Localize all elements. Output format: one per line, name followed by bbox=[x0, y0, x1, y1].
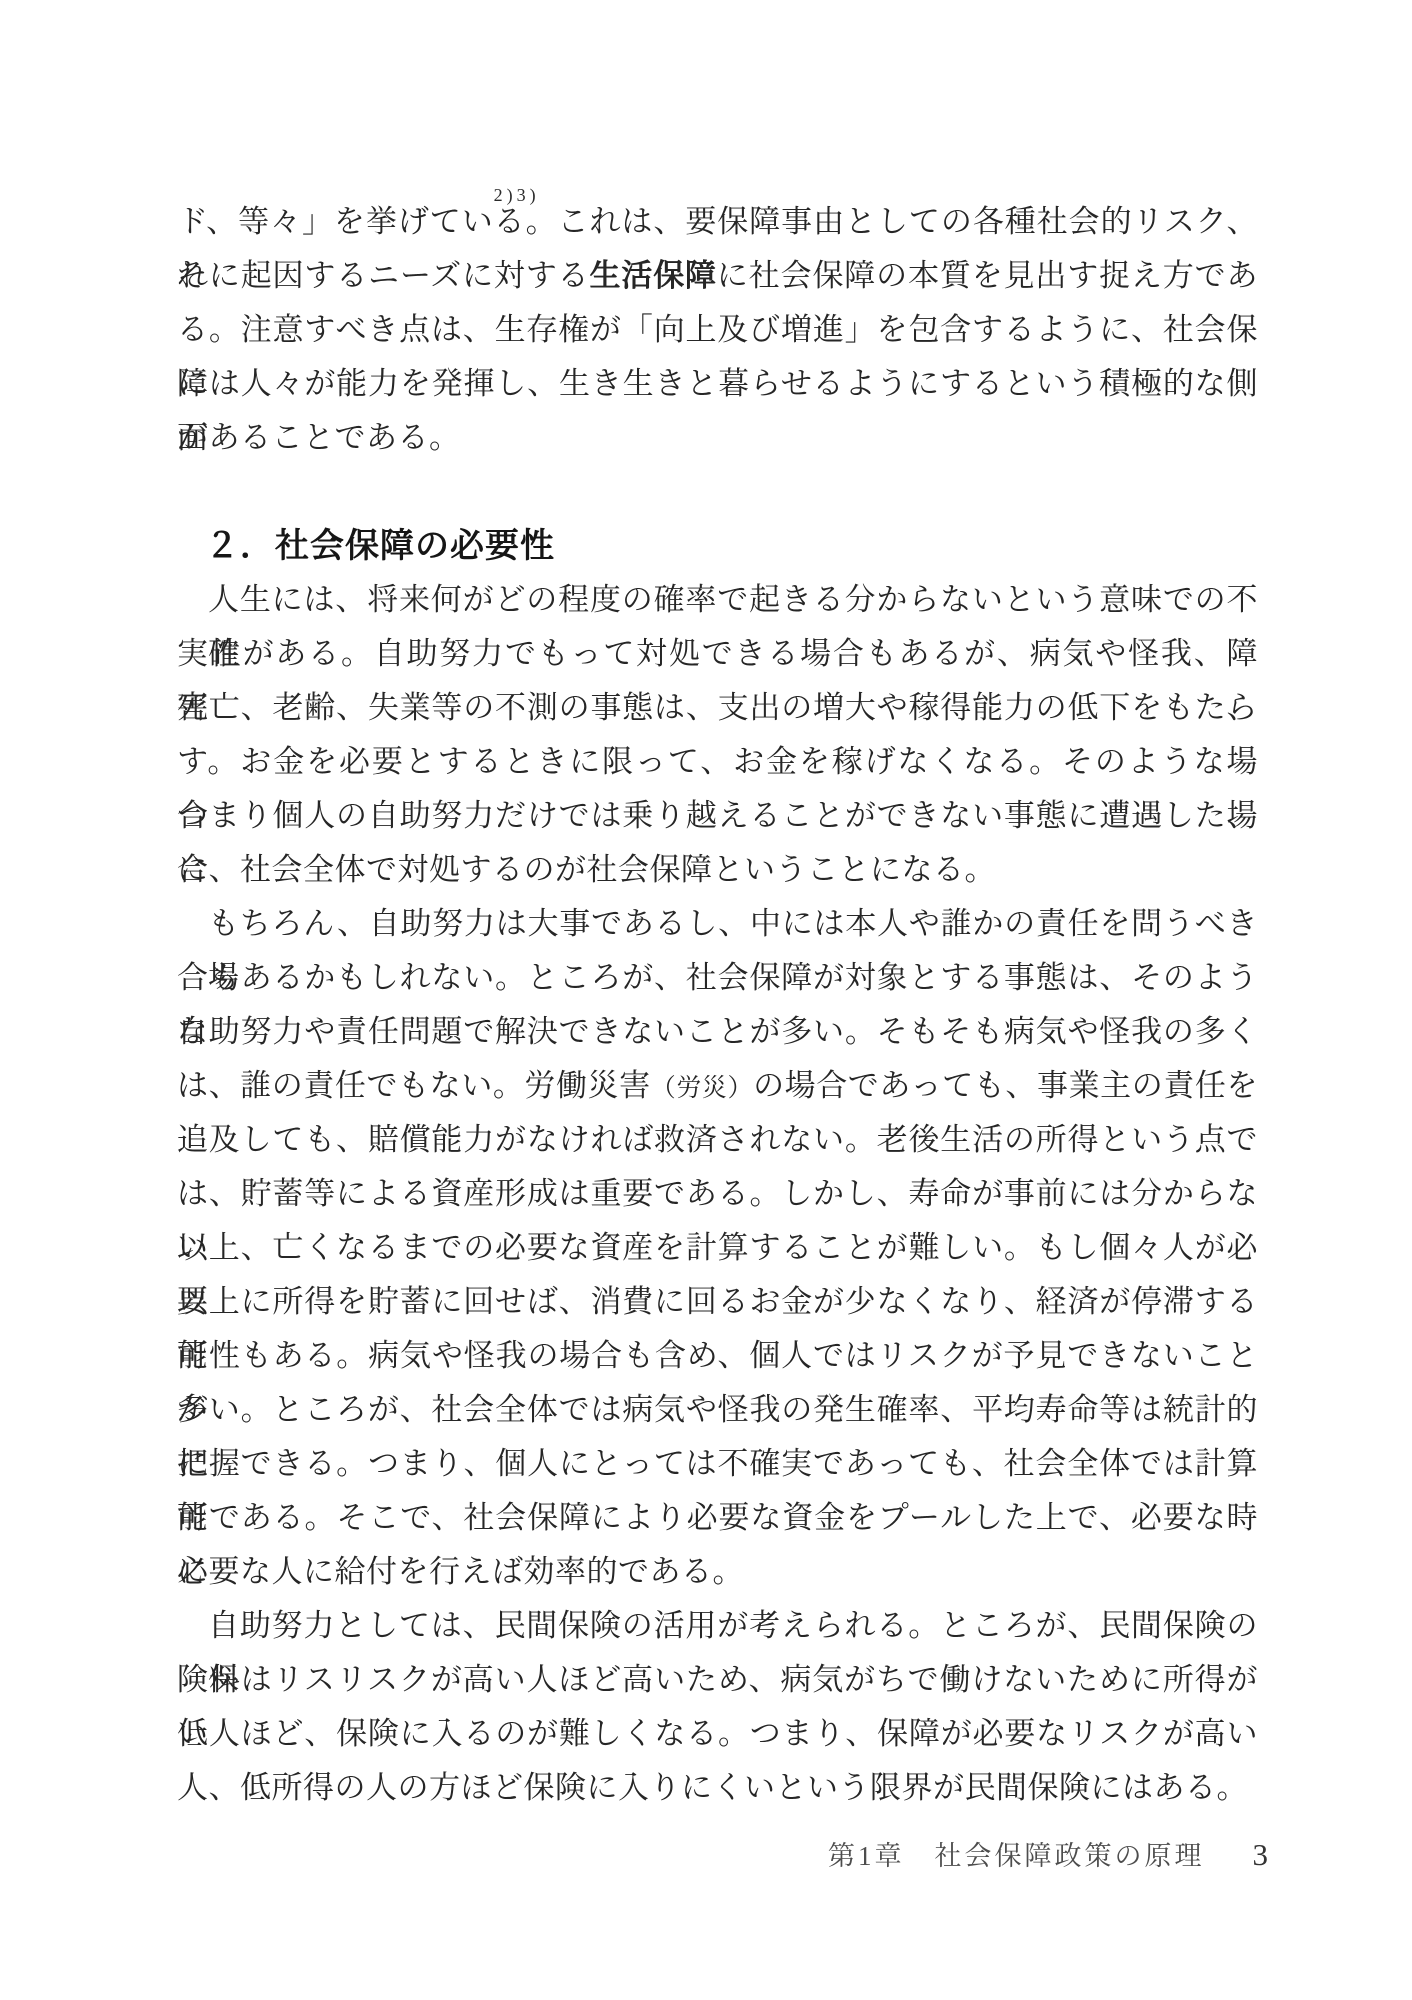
text-line: 合もあるかもしれない。ところが、社会保障が対象とする事態は、そのような bbox=[177, 951, 1258, 1005]
text-line: 以上に所得を貯蓄に回せば、消費に回るお金が少なくなり、経済が停滞する可 bbox=[177, 1275, 1258, 1329]
text-segment: 必要な人に給付を行えば効率的である。 bbox=[177, 1554, 744, 1589]
text-segment: 死亡、老齢、失業等の不測の事態は、支出の増大や稼得能力の低下をもたら bbox=[177, 690, 1258, 725]
text-line: す。お金を必要とするときに限って、お金を稼げなくなる。そのような場合、 bbox=[177, 735, 1258, 789]
text-line: つまり個人の自助努力だけでは乗り越えることができない事態に遭遇した場合 bbox=[177, 789, 1258, 843]
text-segment: 自助努力や責任問題で解決できないことが多い。そもそも病気や怪我の多く bbox=[177, 1014, 1258, 1049]
text-segment: ド、等々」を挙げてい bbox=[177, 204, 494, 239]
paragraph-4: 自助努力としては、民間保険の活用が考えられる。ところが、民間保険の保険料はリスリ… bbox=[177, 1599, 1258, 1815]
text-line: 自助努力としては、民間保険の活用が考えられる。ところが、民間保険の保 bbox=[177, 1599, 1258, 1653]
page-number: 3 bbox=[1253, 1837, 1269, 1873]
text-line: 能性もある。病気や怪我の場合も含め、個人ではリスクが予見できないことが bbox=[177, 1329, 1258, 1383]
text-segment: の場合であっても、事業主の責任を bbox=[753, 1068, 1258, 1103]
footnote-ref-numbers: 2)3) bbox=[494, 168, 540, 222]
text-line: 実性がある。自助努力でもって対処できる場合もあるが、病気や怪我、障害、 bbox=[177, 627, 1258, 681]
text-line: 死亡、老齢、失業等の不測の事態は、支出の増大や稼得能力の低下をもたら bbox=[177, 681, 1258, 735]
page-content: ド、等々」を挙げてい2)3)る。これは、要保障事由としての各種社会的リスク、そ … bbox=[177, 195, 1258, 1815]
text-line: 必要な人に給付を行えば効率的である。 bbox=[177, 1545, 1258, 1599]
text-line: 自助努力や責任問題で解決できないことが多い。そもそも病気や怪我の多く bbox=[177, 1005, 1258, 1059]
text-line: 追及しても、賠償能力がなければ救済されない。老後生活の所得という点で bbox=[177, 1113, 1258, 1167]
running-title: 第1章 社会保障政策の原理 bbox=[828, 1834, 1205, 1873]
page-footer: 第1章 社会保障政策の原理 3 bbox=[828, 1834, 1268, 1873]
text-line: は、誰の責任でもない。労働災害（労災）の場合であっても、事業主の責任を bbox=[177, 1059, 1258, 1113]
text-line: があることである。 bbox=[177, 411, 1258, 465]
annotation-text: （労災） bbox=[651, 1075, 753, 1102]
text-line: もちろん、自助努力は大事であるし、中には本人や誰かの責任を問うべき場 bbox=[177, 897, 1258, 951]
text-line: は、貯蓄等による資産形成は重要である。しかし、寿命が事前には分からない bbox=[177, 1167, 1258, 1221]
text-segment: 追及しても、賠償能力がなければ救済されない。老後生活の所得という点で bbox=[177, 1122, 1258, 1157]
text-line: 把握できる。つまり、個人にとっては不確実であっても、社会全体では計算可 bbox=[177, 1437, 1258, 1491]
text-line: 多い。ところが、社会全体では病気や怪我の発生確率、平均寿命等は統計的に bbox=[177, 1383, 1258, 1437]
text-line: 能である。そこで、社会保障により必要な資金をプールした上で、必要な時に bbox=[177, 1491, 1258, 1545]
text-segment: に、社会全体で対処するのが社会保障ということになる。 bbox=[177, 852, 996, 887]
section-heading: ２．社会保障の必要性 bbox=[205, 519, 1258, 573]
footnote-anchor: 2)3)る。 bbox=[494, 204, 558, 239]
text-line: れに起因するニーズに対する生活保障に社会保障の本質を見出す捉え方であ bbox=[177, 249, 1258, 303]
document-page: ド、等々」を挙げてい2)3)る。これは、要保障事由としての各種社会的リスク、そ … bbox=[0, 0, 1412, 2000]
text-line: い人ほど、保険に入るのが難しくなる。つまり、保障が必要なリスクが高い bbox=[177, 1707, 1258, 1761]
paragraph-3: もちろん、自助努力は大事であるし、中には本人や誰かの責任を問うべき場合もあるかも… bbox=[177, 897, 1258, 1599]
paragraph-1: ド、等々」を挙げてい2)3)る。これは、要保障事由としての各種社会的リスク、そ … bbox=[177, 195, 1258, 465]
text-line: 険料はリスリスクが高い人ほど高いため、病気がちで働けないために所得が低 bbox=[177, 1653, 1258, 1707]
text-line: に、社会全体で対処するのが社会保障ということになる。 bbox=[177, 843, 1258, 897]
text-segment: は、誰の責任でもない。労働災害 bbox=[177, 1068, 651, 1103]
text-line: 人生には、将来何がどの程度の確率で起きる分からないという意味での不確 bbox=[177, 573, 1258, 627]
text-segment: に社会保障の本質を見出す捉え方であ bbox=[717, 258, 1258, 293]
text-line: る。注意すべき点は、生存権が「向上及び増進」を包含するように、社会保障 bbox=[177, 303, 1258, 357]
text-line: 以上、亡くなるまでの必要な資産を計算することが難しい。もし個々人が必要 bbox=[177, 1221, 1258, 1275]
text-line: ド、等々」を挙げてい2)3)る。これは、要保障事由としての各種社会的リスク、そ bbox=[177, 195, 1258, 249]
emphasized-term: 生活保障 bbox=[590, 258, 717, 293]
text-line: には人々が能力を発揮し、生き生きと暮らせるようにするという積極的な側面 bbox=[177, 357, 1258, 411]
text-segment: れに起因するニーズに対する bbox=[177, 258, 590, 293]
paragraph-2: 人生には、将来何がどの程度の確率で起きる分からないという意味での不確実性がある。… bbox=[177, 573, 1258, 897]
text-line: 人、低所得の人の方ほど保険に入りにくいという限界が民間保険にはある。 bbox=[177, 1761, 1258, 1815]
text-segment: 人、低所得の人の方ほど保険に入りにくいという限界が民間保険にはある。 bbox=[177, 1770, 1248, 1805]
text-segment: い人ほど、保険に入るのが難しくなる。つまり、保障が必要なリスクが高い bbox=[177, 1716, 1258, 1751]
